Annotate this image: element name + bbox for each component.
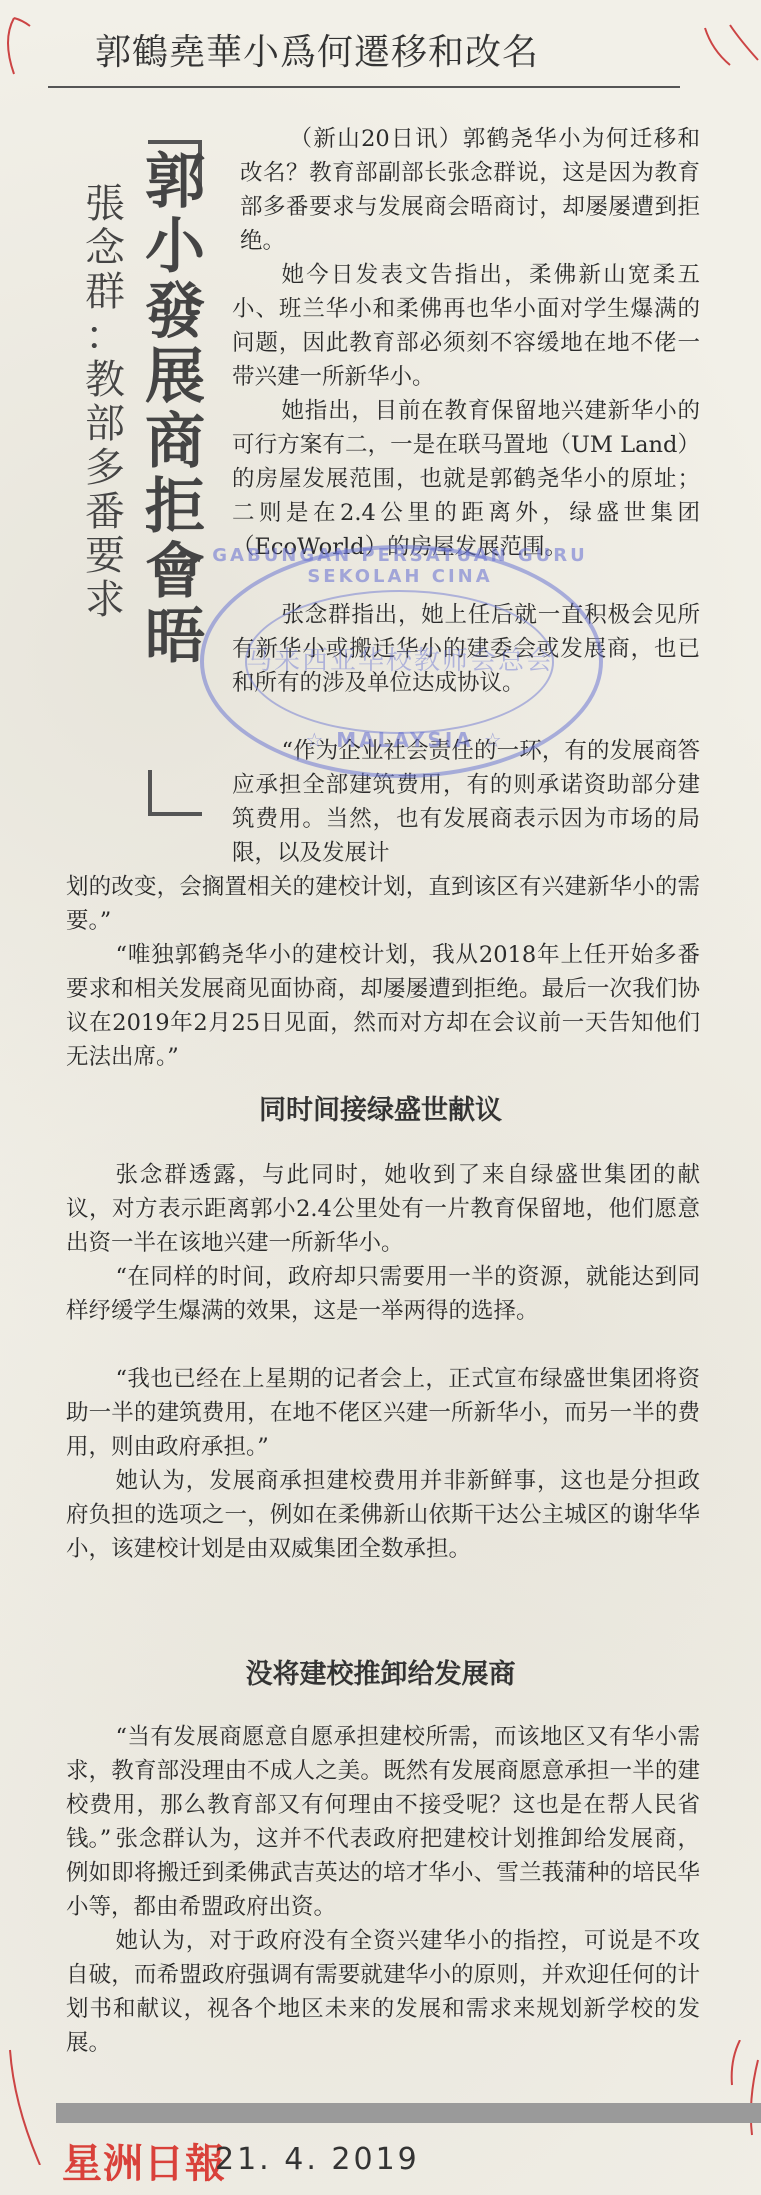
headline: 郭鶴堯華小爲何遷移和改名 bbox=[95, 24, 539, 75]
red-pen-mark-bottom-right bbox=[720, 2040, 761, 2150]
title-char: 拒 bbox=[140, 475, 210, 540]
article-paragraph-12: 张念群认为，这并不代表政府把建校计划推卸给发展商，例如即将搬迁到柔佛武吉英达的培… bbox=[66, 1822, 700, 1924]
subtitle-char: 求 bbox=[82, 578, 128, 622]
subtitle-char: 群 bbox=[82, 270, 128, 314]
title-char: 會 bbox=[140, 540, 210, 605]
subtitle-char: 要 bbox=[82, 534, 128, 578]
title-char: 展 bbox=[140, 345, 210, 410]
article-paragraph-5a: “作为企业社会责任的一环，有的发展商答应承担全部建筑费用，有的则承诺资助部分建筑… bbox=[232, 734, 700, 870]
article-paragraph-13: 她认为，对于政府没有全资兴建华小的指控，可说是不攻自破，而希盟政府强调有需要就建… bbox=[66, 1924, 700, 2060]
article-paragraph-2: 她今日发表文告指出，柔佛新山宽柔五小、班兰华小和柔佛再也华小面对学生爆满的问题，… bbox=[232, 258, 700, 394]
article-paragraph-1: （新山20日讯）郭鹤尧华小为何迁移和改名？教育部副部长张念群说，这是因为教育部多… bbox=[240, 122, 700, 258]
stamp-bottom-text: ☆ MALAYSIA ☆ bbox=[210, 728, 600, 752]
subtitle-char: 部 bbox=[82, 402, 128, 446]
red-pen-mark-bottom-left bbox=[0, 2045, 50, 2165]
corner-bracket-close bbox=[148, 770, 202, 816]
title-char: 郭 bbox=[140, 150, 210, 215]
title-char: 商 bbox=[140, 410, 210, 475]
subtitle-char: 張 bbox=[82, 182, 128, 226]
article-paragraph-6: “唯独郭鹤尧华小的建校计划，我从2018年上任开始多番要求和相关发展商见面协商，… bbox=[66, 938, 700, 1074]
article-paragraph-8: “在同样的时间，政府却只需要用一半的资源，就能达到同样纾缓学生爆满的效果，这是一… bbox=[66, 1260, 700, 1328]
vertical-main-title: 郭 小 發 展 商 拒 會 晤 bbox=[140, 150, 210, 670]
subtitle-char: 番 bbox=[82, 490, 128, 534]
subheading-1: 同时间接绿盛世献议 bbox=[0, 1088, 761, 1127]
title-char: 晤 bbox=[140, 605, 210, 670]
headline-rule bbox=[48, 86, 680, 88]
title-char: 發 bbox=[140, 280, 210, 345]
footer-bar bbox=[56, 2103, 761, 2123]
vertical-subtitle: 張 念 群 ： 教 部 多 番 要 求 bbox=[82, 182, 128, 622]
subheading-2: 没将建校推卸给发展商 bbox=[0, 1652, 761, 1691]
title-char: 小 bbox=[140, 215, 210, 280]
stamp-inner-text: 马来西亚华校教师会总会 bbox=[240, 640, 560, 677]
subtitle-char: 念 bbox=[82, 226, 128, 270]
red-pen-mark-top-left bbox=[0, 10, 40, 80]
article-paragraph-5b: 划的改变，会搁置相关的建校计划，直到该区有兴建新华小的需要。” bbox=[66, 870, 700, 938]
subtitle-char: 多 bbox=[82, 446, 128, 490]
article-paragraph-10: 她认为，发展商承担建校费用并非新鲜事，这也是分担政府负担的选项之一，例如在柔佛新… bbox=[66, 1464, 700, 1566]
stamp-outer-text: GABUNGAN PERSATUAN GURU SEKOLAH CINA bbox=[205, 545, 595, 587]
subtitle-char: ： bbox=[82, 314, 128, 358]
newspaper-masthead: 星洲日報 bbox=[62, 2132, 226, 2189]
subtitle-char: 教 bbox=[82, 358, 128, 402]
article-paragraph-7: 张念群透露，与此同时，她收到了来自绿盛世集团的献议，对方表示距离郭小2.4公里处… bbox=[66, 1158, 700, 1260]
article-paragraph-9: “我也已经在上星期的记者会上，正式宣布绿盛世集团将资助一半的建筑费用，在地不佬区… bbox=[66, 1362, 700, 1464]
publication-date: 21. 4. 2019 bbox=[215, 2142, 420, 2177]
article-paragraph-3: 她指出，目前在教育保留地兴建新华小的可行方案有二，一是在联马置地（UM Land… bbox=[232, 394, 700, 564]
red-pen-mark-top-right bbox=[700, 20, 761, 80]
